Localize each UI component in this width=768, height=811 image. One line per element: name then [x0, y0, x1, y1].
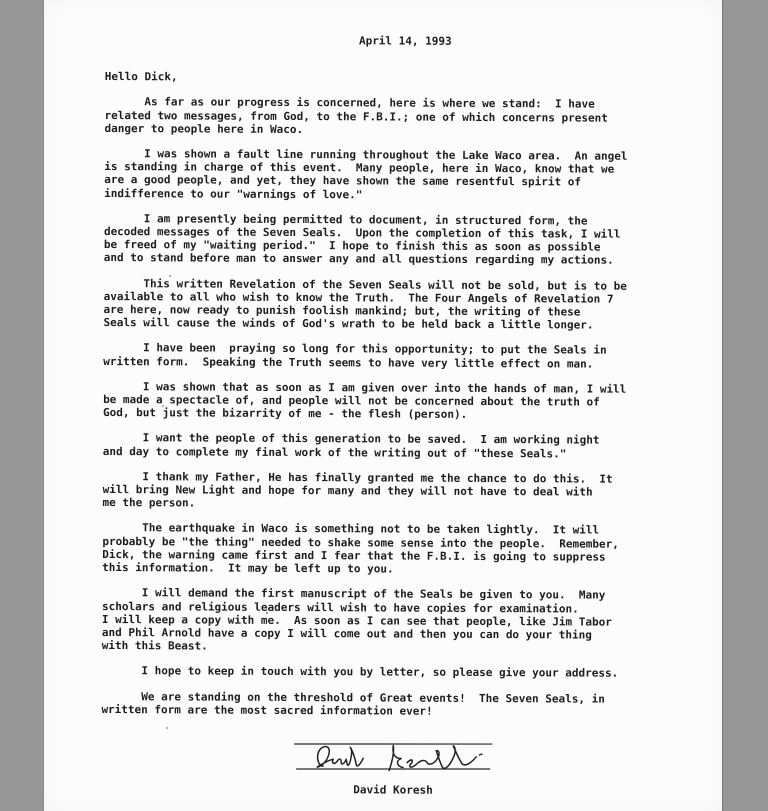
scan-speck — [162, 405, 164, 407]
scan-speck — [266, 612, 268, 614]
letter-paragraph: The earthquake in Waco is something not … — [102, 521, 702, 577]
letter-page: April 14, 1993 Hello Dick, As far as our… — [43, 0, 723, 811]
letter-paragraph: We are standing on the threshold of Grea… — [101, 690, 701, 720]
scanned-letter-screenshot: April 14, 1993 Hello Dick, As far as our… — [0, 0, 768, 811]
letter-paragraph: I was shown a fault line running through… — [104, 147, 704, 203]
letter-paragraph: I want the people of this generation to … — [103, 431, 703, 461]
letter-paragraph: I thank my Father, He has finally grante… — [103, 470, 703, 513]
scan-speck — [166, 727, 168, 729]
signature-rule-top — [294, 743, 492, 745]
letter-paragraph: I hope to keep in touch with you by lett… — [102, 664, 702, 680]
handwritten-signature-icon — [293, 739, 493, 776]
letter-paragraph: I have been praying so long for this opp… — [103, 341, 703, 371]
letter-paragraph: As far as our progress is concerned, her… — [104, 95, 704, 138]
letter-paragraph: I will demand the first manuscript of th… — [102, 586, 702, 655]
letter-paragraph: This written Revelation of the Seven Sea… — [103, 277, 703, 333]
letter-paragraph: I am presently being permitted to docume… — [104, 212, 704, 268]
scan-speck — [169, 275, 171, 277]
letter-greeting: Hello Dick, — [105, 70, 705, 86]
signature-block: David Koresh — [293, 739, 493, 797]
typed-signature-name: David Koresh — [293, 783, 493, 797]
letter-paragraph: I was shown that as soon as I am given o… — [103, 380, 703, 423]
signature-rule-bottom — [296, 768, 490, 770]
letter-date: April 14, 1993 — [359, 34, 705, 49]
letter-content: April 14, 1993 Hello Dick, As far as our… — [101, 33, 705, 798]
